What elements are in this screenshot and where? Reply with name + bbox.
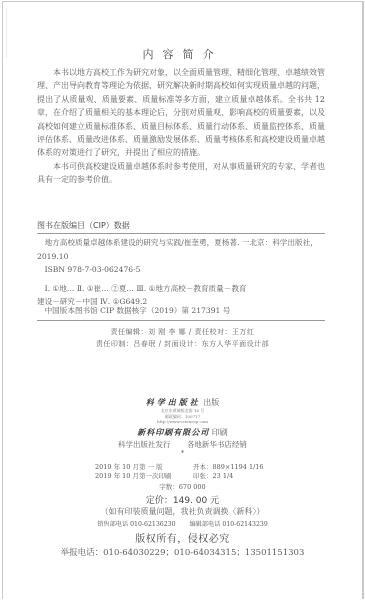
edition: 2019 年 10 月第 一 版 (95, 463, 193, 472)
summary-paragraph: 本书可供高校建设质量卓越体系时参考使用，对从事质量研究的专家、学者也具有一定的参… (37, 160, 325, 187)
cip-isbn: ISBN 978-7-03-062476-5 (37, 263, 325, 277)
publisher-logo: 科学出版社 (146, 397, 201, 407)
distribution-line: 科学出版社发行 各地新华书店经销 (0, 439, 365, 450)
format: 开本：889×1194 1/16 (193, 463, 264, 472)
rights-notice: 版权所有，侵权必究 (0, 530, 365, 545)
publisher-line: 科学出版社 出版 (0, 397, 365, 408)
retailer: 各地新华书店经销 (187, 440, 247, 449)
sales-phone: 销售部电话 010-62136230 (97, 521, 175, 528)
publisher-website: http://www.sciencep.com (0, 419, 365, 425)
publisher-suffix: 出版 (203, 398, 219, 407)
word-count: 字数：670 000 (0, 482, 365, 491)
edition-info: 2019 年 10 月第 一 版 开本：889×1194 1/16 2019 年… (95, 463, 295, 480)
editorial-phone: 编辑部电话 010-62143239 (189, 521, 267, 528)
colophon: 科学出版社 出版 北京东黄城根北街 16 号 邮政编码：100717 http:… (0, 397, 365, 457)
printer-line: 新科印刷有限公司 印刷 (0, 426, 365, 439)
summary-section: 本书以地方高校工作为研究对象，以全面质量管理、精细化管理、卓越绩效管理、产出导向… (37, 66, 325, 187)
printing: 2019 年 10 月第一次印刷 (95, 472, 193, 481)
contact-phones: 销售部电话 010-62136230 编辑部电话 010-62143239 (0, 519, 365, 528)
cip-classification: Ⅰ. ①地… Ⅱ. ①崔… ②夏… Ⅲ. ①地方高校－教育质量－教育 (37, 282, 325, 296)
distributor: 科学出版社发行 (118, 440, 171, 449)
report-phones: 举报电话：010-64030229；010-64034315；135011513… (0, 546, 365, 558)
printer-suffix: 印刷 (212, 428, 228, 437)
cip-entry: 地方高校质量卓越体系建设的研究与实践/崔奎勇，夏杨著. 一北京：科学出版社，20… (37, 236, 325, 263)
sheets: 印张：23 1/4 (193, 472, 233, 481)
divider-star-icon: * (0, 450, 365, 457)
page-title: 内容简介 (0, 46, 365, 62)
price: 定价：149. 00 元 (0, 493, 365, 506)
credits-section: 责任编辑：刘 刚 李 娜 / 责任校对：王万红 责任印制：吕春珉 / 封面设计：… (0, 326, 365, 350)
credits-production: 责任印制：吕春珉 / 封面设计：东方人华平面设计部 (0, 338, 365, 350)
cip-body: 地方高校质量卓越体系建设的研究与实践/崔奎勇，夏杨著. 一北京：科学出版社，20… (37, 236, 325, 309)
credits-editors: 责任编辑：刘 刚 李 娜 / 责任校对：王万红 (0, 326, 365, 338)
cip-heading: 图书在版编目（CIP）数据 (37, 220, 325, 234)
quality-notice: （如有印装质量问题，我社负责调换〈新科〉） (0, 506, 365, 517)
printer-logo: 新科印刷有限公司 (137, 427, 209, 437)
cip-number: 中国版本图书馆 CIP 数据核字（2019）第 217391 号 (37, 305, 325, 321)
summary-paragraph: 本书以地方高校工作为研究对象，以全面质量管理、精细化管理、卓越绩效管理、产出导向… (37, 66, 325, 160)
